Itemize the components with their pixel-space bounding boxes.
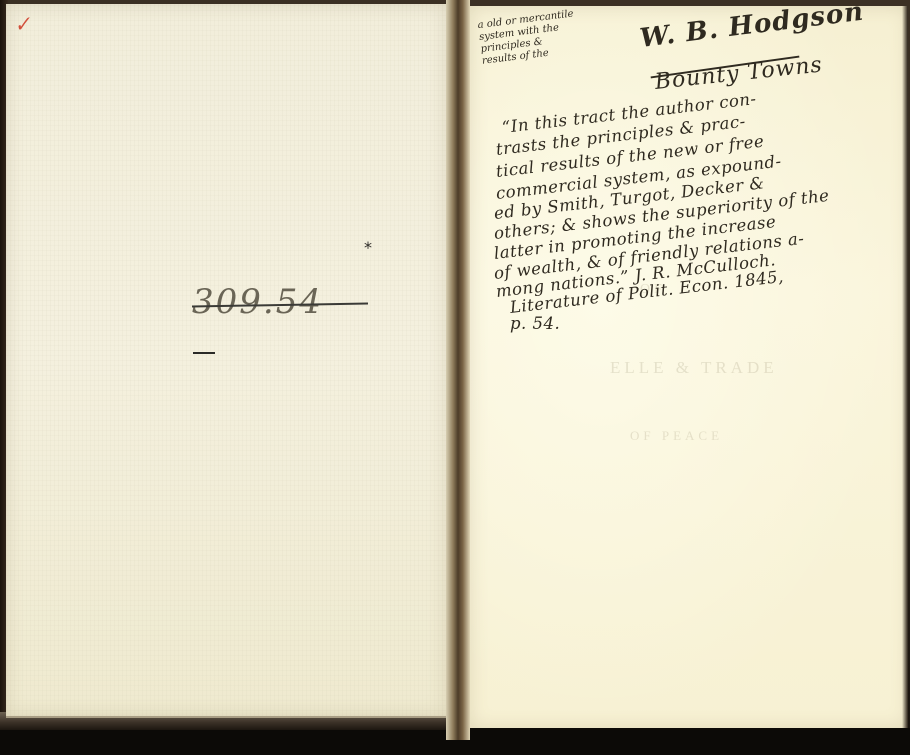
citation-page: p. 54. bbox=[510, 314, 560, 333]
bleed-through-line-2: ELLE & TRADE bbox=[610, 358, 778, 378]
asterisk-mark: * bbox=[364, 238, 372, 257]
call-number-underline bbox=[193, 352, 215, 354]
call-number-pencil: 309.54 bbox=[192, 282, 372, 322]
book-gutter bbox=[446, 0, 470, 740]
call-number-text: 309.54 bbox=[192, 282, 323, 322]
red-check-mark: ✓ bbox=[12, 11, 32, 37]
left-endpaper bbox=[6, 4, 446, 718]
bleed-through-line-3: OF PEACE bbox=[630, 428, 723, 444]
book-scan: ✓ * 309.54 OF ELLE & TRADE OF PEACE a ol… bbox=[0, 0, 910, 755]
